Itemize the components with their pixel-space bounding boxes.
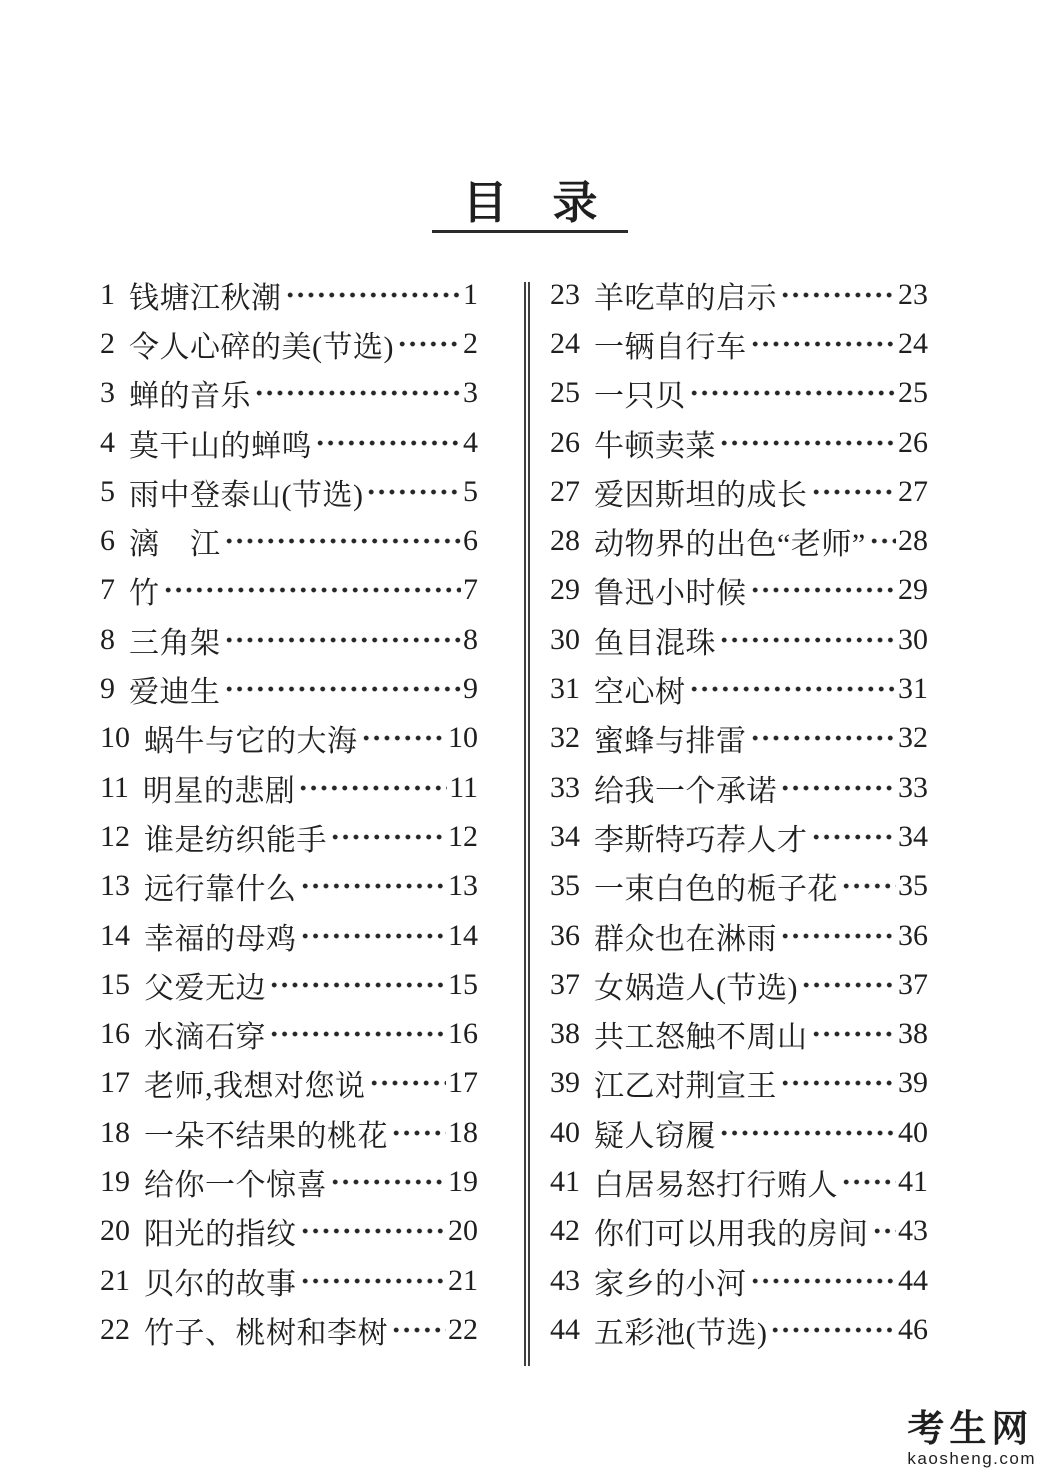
entry-number: 14 bbox=[100, 919, 130, 953]
leader-dots bbox=[361, 731, 447, 745]
toc-column-right: 23羊吃草的启示2324一辆自行车2425一只贝2526牛顿卖菜2627爱因斯坦… bbox=[550, 270, 928, 1366]
entry-title: 鱼目混珠 bbox=[594, 618, 716, 662]
entry-page: 9 bbox=[463, 672, 478, 706]
entry-page: 15 bbox=[448, 968, 478, 1002]
leader-dots bbox=[841, 879, 896, 893]
leader-dots bbox=[719, 1126, 896, 1140]
toc-entry: 24一辆自行车24 bbox=[550, 319, 928, 368]
entry-number: 19 bbox=[100, 1165, 130, 1199]
entry-title: 你们可以用我的房间 bbox=[594, 1209, 869, 1253]
entry-title: 给我一个承诺 bbox=[594, 766, 777, 810]
entry-title: 一朵不结果的桃花 bbox=[144, 1111, 388, 1155]
toc-entry: 10蜗牛与它的大海10 bbox=[100, 714, 478, 763]
entry-page: 10 bbox=[448, 721, 478, 755]
entry-title: 三角架 bbox=[129, 618, 221, 662]
entry-title: 竹子、桃树和李树 bbox=[144, 1308, 388, 1352]
entry-page: 39 bbox=[898, 1066, 928, 1100]
toc-entry: 15父爱无边15 bbox=[100, 960, 478, 1009]
leader-dots bbox=[750, 337, 897, 351]
toc-entry: 17老师,我想对您说17 bbox=[100, 1059, 478, 1108]
entry-number: 25 bbox=[550, 376, 580, 410]
entry-number: 41 bbox=[550, 1165, 580, 1199]
entry-page: 21 bbox=[448, 1264, 478, 1298]
toc-entry: 39江乙对荆宣王39 bbox=[550, 1059, 928, 1108]
entry-number: 28 bbox=[550, 524, 580, 558]
toc-entry: 35一束白色的栀子花35 bbox=[550, 862, 928, 911]
leader-dots bbox=[811, 830, 897, 844]
toc-entry: 13远行靠什么13 bbox=[100, 862, 478, 911]
toc-entry: 6漓 江6 bbox=[100, 516, 478, 565]
leader-dots bbox=[369, 1076, 447, 1090]
entry-number: 44 bbox=[550, 1313, 580, 1347]
leader-dots bbox=[811, 485, 897, 499]
toc-entry: 19给你一个惊喜19 bbox=[100, 1157, 478, 1206]
entry-page: 17 bbox=[448, 1066, 478, 1100]
leader-dots bbox=[285, 288, 462, 302]
entry-number: 4 bbox=[100, 426, 115, 460]
toc-entry: 28动物界的出色“老师”28 bbox=[550, 516, 928, 565]
toc-entry: 20阳光的指纹20 bbox=[100, 1207, 478, 1256]
entry-number: 39 bbox=[550, 1066, 580, 1100]
toc-entry: 7竹7 bbox=[100, 566, 478, 615]
leader-dots bbox=[391, 1323, 446, 1337]
entry-title: 一束白色的栀子花 bbox=[594, 864, 838, 908]
entry-title: 明星的悲剧 bbox=[143, 766, 296, 810]
toc-entry: 43家乡的小河44 bbox=[550, 1256, 928, 1305]
toc-columns: 1钱塘江秋潮12令人心碎的美(节选)23蝉的音乐34莫干山的蝉鸣45雨中登泰山(… bbox=[100, 270, 928, 1366]
toc-entry: 33给我一个承诺33 bbox=[550, 763, 928, 812]
entry-number: 43 bbox=[550, 1264, 580, 1298]
entry-number: 37 bbox=[550, 968, 580, 1002]
toc-entry: 9爱迪生9 bbox=[100, 664, 478, 713]
toc-entry: 38共工怒触不周山38 bbox=[550, 1009, 928, 1058]
entry-page: 32 bbox=[898, 721, 928, 755]
entry-title: 一只贝 bbox=[594, 371, 686, 415]
entry-number: 13 bbox=[100, 869, 130, 903]
column-gap bbox=[478, 270, 550, 1366]
entry-number: 3 bbox=[100, 376, 115, 410]
entry-title: 女娲造人(节选) bbox=[594, 963, 798, 1007]
toc-entry: 22竹子、桃树和李树22 bbox=[100, 1305, 478, 1354]
entry-number: 31 bbox=[550, 672, 580, 706]
toc-entry: 5雨中登泰山(节选)5 bbox=[100, 467, 478, 516]
entry-page: 38 bbox=[898, 1017, 928, 1051]
entry-number: 29 bbox=[550, 573, 580, 607]
entry-page: 31 bbox=[898, 672, 928, 706]
entry-title: 漓 江 bbox=[129, 519, 221, 563]
entry-page: 26 bbox=[898, 426, 928, 460]
entry-page: 30 bbox=[898, 623, 928, 657]
leader-dots bbox=[780, 781, 896, 795]
toc-entry: 16水滴石穿16 bbox=[100, 1009, 478, 1058]
entry-number: 16 bbox=[100, 1017, 130, 1051]
leader-dots bbox=[315, 436, 461, 450]
leader-dots bbox=[269, 978, 446, 992]
entry-title: 江乙对荆宣王 bbox=[594, 1061, 777, 1105]
entry-title: 钱塘江秋潮 bbox=[129, 273, 282, 317]
entry-page: 11 bbox=[449, 771, 478, 805]
entry-title: 蜜蜂与排雷 bbox=[594, 716, 747, 760]
entry-number: 9 bbox=[100, 672, 115, 706]
leader-dots bbox=[224, 682, 462, 696]
entry-number: 2 bbox=[100, 327, 115, 361]
toc-entry: 12谁是纺织能手12 bbox=[100, 812, 478, 861]
entry-title: 幸福的母鸡 bbox=[144, 914, 297, 958]
entry-number: 24 bbox=[550, 327, 580, 361]
entry-page: 23 bbox=[898, 278, 928, 312]
toc-entry: 2令人心碎的美(节选)2 bbox=[100, 319, 478, 368]
entry-title: 谁是纺织能手 bbox=[144, 815, 327, 859]
entry-title: 群众也在淋雨 bbox=[594, 914, 777, 958]
leader-dots bbox=[397, 337, 461, 351]
entry-title: 爱因斯坦的成长 bbox=[594, 470, 808, 514]
leader-dots bbox=[689, 682, 897, 696]
page-title-block: 目 录 bbox=[0, 176, 1060, 233]
entry-number: 27 bbox=[550, 475, 580, 509]
toc-entry: 44五彩池(节选)46 bbox=[550, 1305, 928, 1354]
toc-entry: 30鱼目混珠30 bbox=[550, 615, 928, 664]
entry-number: 15 bbox=[100, 968, 130, 1002]
entry-title: 空心树 bbox=[594, 667, 686, 711]
toc-entry: 25一只贝25 bbox=[550, 369, 928, 418]
entry-number: 18 bbox=[100, 1116, 130, 1150]
entry-page: 1 bbox=[463, 278, 478, 312]
entry-page: 27 bbox=[898, 475, 928, 509]
entry-title: 贝尔的故事 bbox=[144, 1259, 297, 1303]
entry-page: 3 bbox=[463, 376, 478, 410]
leader-dots bbox=[780, 1076, 896, 1090]
leader-dots bbox=[298, 781, 447, 795]
leader-dots bbox=[689, 386, 897, 400]
leader-dots bbox=[391, 1126, 446, 1140]
watermark-brand: 考生网 bbox=[907, 1411, 1036, 1447]
toc-entry: 4莫干山的蝉鸣4 bbox=[100, 418, 478, 467]
toc-column-left: 1钱塘江秋潮12令人心碎的美(节选)23蝉的音乐34莫干山的蝉鸣45雨中登泰山(… bbox=[100, 270, 478, 1366]
toc-entry: 8三角架8 bbox=[100, 615, 478, 664]
entry-page: 46 bbox=[898, 1313, 928, 1347]
entry-page: 25 bbox=[898, 376, 928, 410]
toc-entry: 32蜜蜂与排雷32 bbox=[550, 714, 928, 763]
entry-number: 1 bbox=[100, 278, 115, 312]
entry-page: 6 bbox=[463, 524, 478, 558]
leader-dots bbox=[366, 485, 461, 499]
leader-dots bbox=[254, 386, 461, 400]
toc-entry: 23羊吃草的启示23 bbox=[550, 270, 928, 319]
entry-number: 21 bbox=[100, 1264, 130, 1298]
kaosheng-logo-icon bbox=[848, 1413, 894, 1463]
entry-number: 11 bbox=[100, 771, 129, 805]
entry-number: 42 bbox=[550, 1214, 580, 1248]
toc-entry: 26牛顿卖菜26 bbox=[550, 418, 928, 467]
entry-title: 爱迪生 bbox=[129, 667, 221, 711]
entry-page: 22 bbox=[448, 1313, 478, 1347]
entry-page: 8 bbox=[463, 623, 478, 657]
entry-number: 5 bbox=[100, 475, 115, 509]
entry-title: 白居易怒打行贿人 bbox=[594, 1160, 838, 1204]
entry-page: 40 bbox=[898, 1116, 928, 1150]
entry-page: 44 bbox=[898, 1264, 928, 1298]
leader-dots bbox=[330, 830, 446, 844]
entry-page: 37 bbox=[898, 968, 928, 1002]
entry-title: 牛顿卖菜 bbox=[594, 421, 716, 465]
toc-entry: 29鲁迅小时候29 bbox=[550, 566, 928, 615]
toc-entry: 31空心树31 bbox=[550, 664, 928, 713]
leader-dots bbox=[224, 633, 462, 647]
title-underline bbox=[432, 230, 628, 233]
leader-dots bbox=[719, 633, 896, 647]
entry-number: 35 bbox=[550, 869, 580, 903]
leader-dots bbox=[750, 583, 897, 597]
leader-dots bbox=[300, 929, 447, 943]
entry-number: 40 bbox=[550, 1116, 580, 1150]
entry-number: 38 bbox=[550, 1017, 580, 1051]
leader-dots bbox=[780, 288, 896, 302]
entry-page: 2 bbox=[463, 327, 478, 361]
leader-dots bbox=[872, 1224, 897, 1238]
leader-dots bbox=[750, 1274, 897, 1288]
leader-dots bbox=[330, 1175, 446, 1189]
leader-dots bbox=[841, 1175, 896, 1189]
entry-title: 阳光的指纹 bbox=[144, 1209, 297, 1253]
entry-page: 12 bbox=[448, 820, 478, 854]
entry-page: 35 bbox=[898, 869, 928, 903]
entry-title: 水滴石穿 bbox=[144, 1012, 266, 1056]
toc-entry: 41白居易怒打行贿人41 bbox=[550, 1157, 928, 1206]
watermark-text: 考生网 kaosheng.com bbox=[907, 1411, 1036, 1468]
leader-dots bbox=[770, 1323, 896, 1337]
entry-page: 13 bbox=[448, 869, 478, 903]
entry-number: 8 bbox=[100, 623, 115, 657]
leader-dots bbox=[163, 583, 462, 597]
entry-number: 12 bbox=[100, 820, 130, 854]
entry-title: 疑人窃履 bbox=[594, 1111, 716, 1155]
entry-title: 父爱无边 bbox=[144, 963, 266, 1007]
entry-page: 14 bbox=[448, 919, 478, 953]
leader-dots bbox=[300, 1224, 447, 1238]
entry-number: 33 bbox=[550, 771, 580, 805]
entry-page: 4 bbox=[463, 426, 478, 460]
entry-title: 给你一个惊喜 bbox=[144, 1160, 327, 1204]
entry-number: 17 bbox=[100, 1066, 130, 1100]
toc-entry: 1钱塘江秋潮1 bbox=[100, 270, 478, 319]
toc-entry: 18一朵不结果的桃花18 bbox=[100, 1108, 478, 1157]
entry-page: 16 bbox=[448, 1017, 478, 1051]
entry-title: 羊吃草的启示 bbox=[594, 273, 777, 317]
entry-page: 29 bbox=[898, 573, 928, 607]
toc-entry: 21贝尔的故事21 bbox=[100, 1256, 478, 1305]
entry-number: 26 bbox=[550, 426, 580, 460]
entry-page: 43 bbox=[898, 1214, 928, 1248]
entry-title: 莫干山的蝉鸣 bbox=[129, 421, 312, 465]
leader-dots bbox=[869, 534, 896, 548]
entry-title: 李斯特巧荐人才 bbox=[594, 815, 808, 859]
entry-page: 20 bbox=[448, 1214, 478, 1248]
leader-dots bbox=[300, 1274, 447, 1288]
column-divider bbox=[524, 282, 530, 1366]
toc-entry: 27爱因斯坦的成长27 bbox=[550, 467, 928, 516]
entry-title: 老师,我想对您说 bbox=[144, 1061, 366, 1105]
entry-number: 32 bbox=[550, 721, 580, 755]
entry-title: 动物界的出色“老师” bbox=[594, 519, 866, 563]
leader-dots bbox=[300, 879, 447, 893]
toc-entry: 34李斯特巧荐人才34 bbox=[550, 812, 928, 861]
entry-page: 7 bbox=[463, 573, 478, 607]
entry-number: 6 bbox=[100, 524, 115, 558]
entry-page: 36 bbox=[898, 919, 928, 953]
leader-dots bbox=[719, 436, 896, 450]
entry-title: 竹 bbox=[129, 568, 160, 612]
toc-entry: 42你们可以用我的房间43 bbox=[550, 1207, 928, 1256]
watermark: 考生网 kaosheng.com bbox=[848, 1411, 1036, 1468]
toc-entry: 40疑人窃履40 bbox=[550, 1108, 928, 1157]
entry-title: 蝉的音乐 bbox=[129, 371, 251, 415]
entry-number: 36 bbox=[550, 919, 580, 953]
watermark-domain: kaosheng.com bbox=[907, 1450, 1036, 1468]
entry-number: 30 bbox=[550, 623, 580, 657]
entry-number: 20 bbox=[100, 1214, 130, 1248]
entry-page: 28 bbox=[898, 524, 928, 558]
entry-title: 一辆自行车 bbox=[594, 322, 747, 366]
leader-dots bbox=[811, 1027, 897, 1041]
entry-title: 鲁迅小时候 bbox=[594, 568, 747, 612]
entry-page: 18 bbox=[448, 1116, 478, 1150]
leader-dots bbox=[269, 1027, 446, 1041]
entry-page: 41 bbox=[898, 1165, 928, 1199]
entry-page: 19 bbox=[448, 1165, 478, 1199]
leader-dots bbox=[750, 731, 897, 745]
leader-dots bbox=[780, 929, 896, 943]
entry-number: 10 bbox=[100, 721, 130, 755]
toc-entry: 3蝉的音乐3 bbox=[100, 369, 478, 418]
toc-entry: 11明星的悲剧11 bbox=[100, 763, 478, 812]
leader-dots bbox=[801, 978, 896, 992]
entry-title: 家乡的小河 bbox=[594, 1259, 747, 1303]
entry-page: 34 bbox=[898, 820, 928, 854]
toc-entry: 37女娲造人(节选)37 bbox=[550, 960, 928, 1009]
entry-page: 33 bbox=[898, 771, 928, 805]
entry-title: 远行靠什么 bbox=[144, 864, 297, 908]
entry-title: 五彩池(节选) bbox=[594, 1308, 767, 1352]
entry-title: 雨中登泰山(节选) bbox=[129, 470, 363, 514]
entry-number: 7 bbox=[100, 573, 115, 607]
entry-page: 5 bbox=[463, 475, 478, 509]
entry-number: 22 bbox=[100, 1313, 130, 1347]
page-title: 目 录 bbox=[0, 176, 1060, 230]
leader-dots bbox=[224, 534, 462, 548]
entry-number: 23 bbox=[550, 278, 580, 312]
entry-title: 共工怒触不周山 bbox=[594, 1012, 808, 1056]
toc-entry: 36群众也在淋雨36 bbox=[550, 911, 928, 960]
entry-title: 蜗牛与它的大海 bbox=[144, 716, 358, 760]
entry-page: 24 bbox=[898, 327, 928, 361]
entry-title: 令人心碎的美(节选) bbox=[129, 322, 394, 366]
entry-number: 34 bbox=[550, 820, 580, 854]
toc-entry: 14幸福的母鸡14 bbox=[100, 911, 478, 960]
